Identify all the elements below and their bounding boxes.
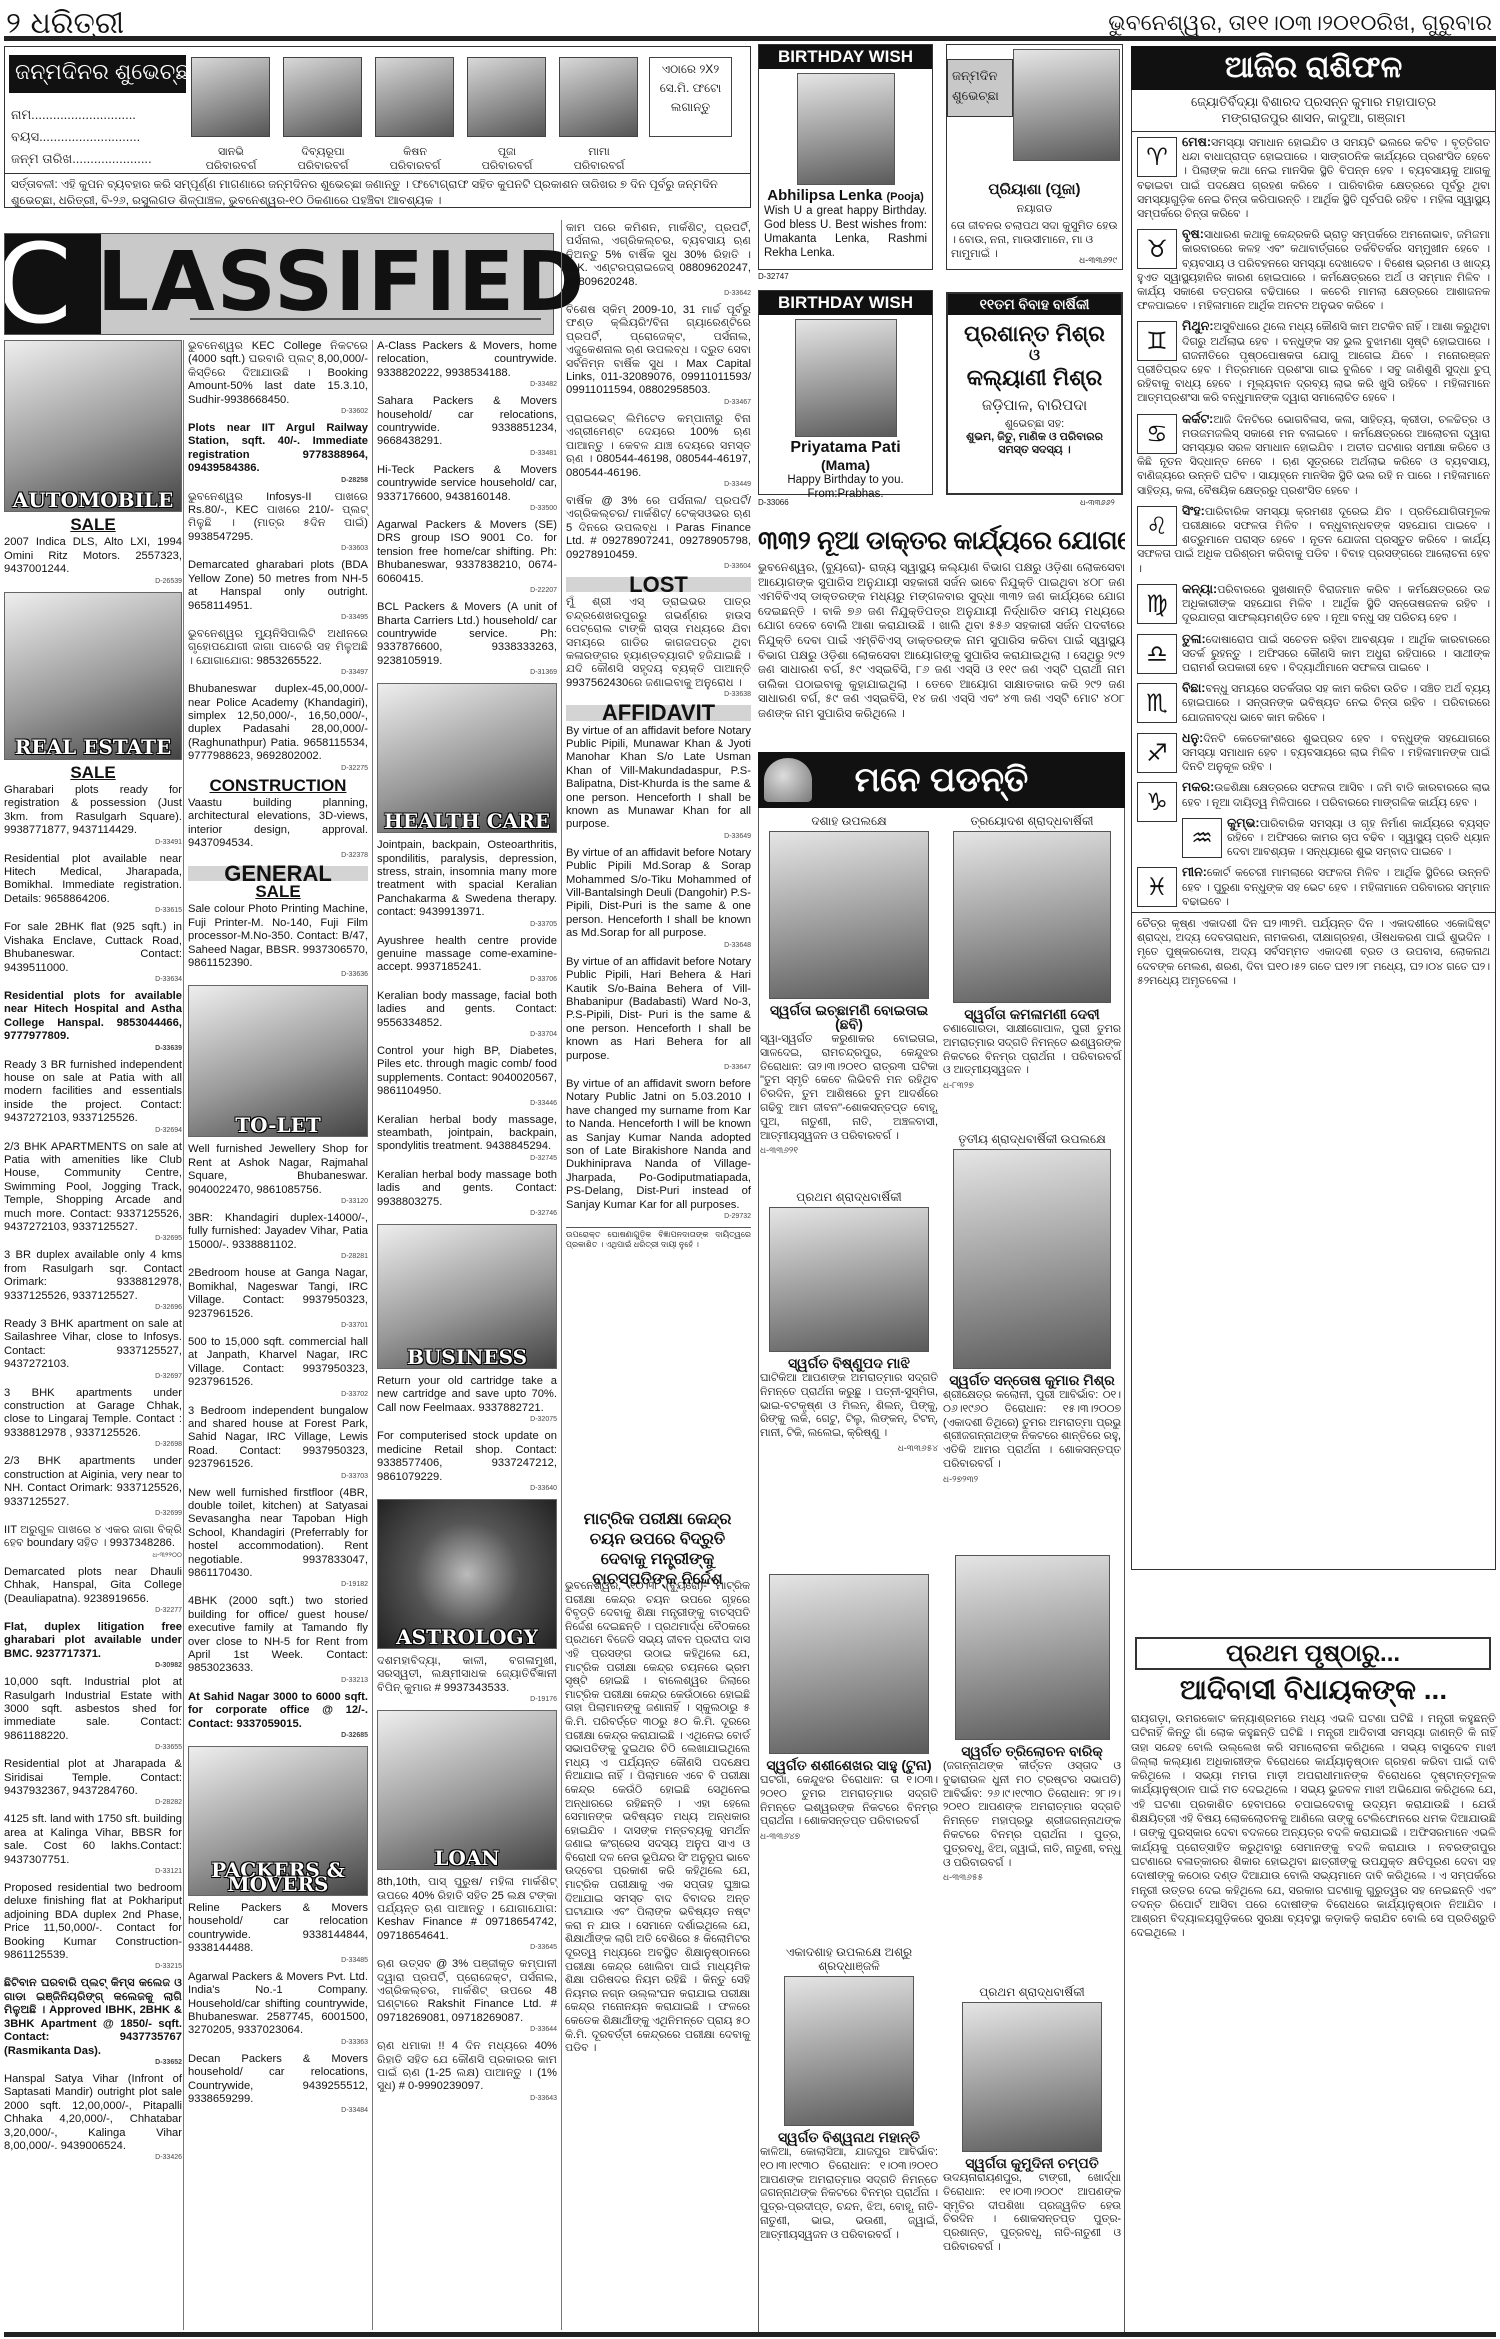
anniversary-place: ଜଡ଼ିପାଳ, ବାରିପଦା — [948, 397, 1121, 414]
property-ads: ଭୁବନେଶ୍ୱର KEC College ନିକଟରେ (4000 sqft.… — [188, 340, 368, 773]
zodiac-sign-icon: ♐ — [1137, 733, 1177, 773]
ad-text: Vaastu building planning, architectural … — [188, 797, 368, 849]
page-bottom-rule — [4, 2332, 1496, 2337]
zodiac-sign-icon: ♏ — [1137, 683, 1177, 723]
affidavit-ads: By virtue of an affidavit before Notary … — [566, 725, 751, 1221]
obituary-name: ସ୍ୱର୍ଗତ ଶଶୀଶେଖର ସାହୁ (ଟୁନା) — [760, 1758, 938, 1772]
child-photo — [559, 57, 638, 137]
ad-text: 4BHK (2000 sqft.) two storied building f… — [188, 1595, 368, 1674]
birthday-photo — [797, 73, 895, 185]
zodiac-sign-icon: ♓ — [1137, 867, 1177, 907]
classified-ad: 3 BHK apartments under construction at G… — [4, 1387, 182, 1450]
ad-text: Demarcated plots near Dhauli Chhak, Hans… — [4, 1566, 182, 1605]
ad-text: Jointpain, backpain, Osteoarthritis, spo… — [377, 839, 557, 918]
ad-text: Flat, duplex litigation free gharabari p… — [4, 1621, 182, 1660]
classified-ad: Demarcated plots near Dhauli Chhak, Hans… — [4, 1566, 182, 1615]
classified-ad: Keralian herbal body massage, steambath,… — [377, 1114, 557, 1163]
ad-text: 2007 Indica DLS, Alto LXI, 1994 Omini Ri… — [4, 536, 182, 575]
column-1: AUTOMOBILE SALE 2007 Indica DLS, Alto LX… — [4, 340, 182, 2168]
masthead-rule — [4, 36, 1496, 41]
to-let-image: TO-LET — [188, 985, 368, 1137]
ad-text: 10,000 sqft. Industrial plot at Rasulgar… — [4, 1676, 182, 1742]
obituary-card: ତୃତୀୟ ଶ୍ରାଦ୍ଧବାର୍ଷିକୀ ଉପଲକ୍ଷେ ସ୍ୱର୍ଗତ ସନ… — [943, 1132, 1121, 1486]
ad-code: D-32697 — [4, 1372, 182, 1381]
janmadina-name: ପ୍ରିୟାଶା (ପୂଜା) — [947, 181, 1122, 198]
business-ads: Return your old cartridge take a new car… — [377, 1375, 557, 1493]
ad-code: D-32746 — [377, 1209, 557, 1218]
classified-ad: Residential plots for available near Hit… — [4, 990, 182, 1053]
ad-text: Residential plots for available near Hit… — [4, 990, 182, 1042]
ad-code: D-33643 — [377, 2094, 557, 2103]
classified-ad: Plots near IIT Argul Railway Station, sq… — [188, 422, 368, 485]
packers-ads: Reline Packers & Movers household/ car r… — [188, 1902, 368, 2115]
ad-code: ଧ-୩୩୬୫୫ — [943, 1870, 1121, 1884]
classified-ad: ଭୁବନେଶ୍ୱର ମ୍ୟୁନିସିପାଲିଟି ଅଧୀନରେ ଗୃହୋପଯୋଗ… — [188, 628, 368, 677]
ad-code: D-33449 — [566, 480, 751, 489]
ad-code: ଧ-୨୭୨୩୨ — [943, 1472, 1121, 1486]
classified-ad: 4125 sft. land with 1750 sft. building a… — [4, 1813, 182, 1876]
ad-code: D-33703 — [188, 1472, 368, 1481]
birthday-wish-card: BIRTHDAY WISH Priyatama Pati (Mama) Happ… — [758, 290, 933, 495]
zodiac-sign-icon: ♉ — [1137, 229, 1177, 269]
loan-ads: 8th,10th, ପାସ୍ ପୁରୁଷ/ ମହିଳା ମାର୍କଶିଟ୍ ଉପ… — [377, 1876, 557, 2103]
ad-text: Agarwal Packers & Movers (SE) DRS group … — [377, 519, 557, 585]
ad-text: ଋଣ ଉତ୍ସବ @ 3% ପଞ୍ଜୀକୃତ କମ୍ପାନୀ ଦ୍ୱାରା ପ୍… — [377, 1958, 557, 2024]
zodiac-entry: ♋କର୍କଟ:ଆଜି ଦିନଟିରେ ଭୋଗବିଳାସ, କଳା, ସାହିତ୍… — [1132, 409, 1495, 501]
caption-name: ଦିବ୍ୟରୂପା — [301, 146, 344, 158]
ad-text: At Sahid Nagar 3000 to 6000 sqft. for co… — [188, 1691, 368, 1730]
section-heading-sale: SALE — [188, 885, 368, 898]
disclaimer-notice: ଉପରୋକ୍ତ ଘୋଷଣାଗୁଡ଼ିକ ବିଜ୍ଞାପନଦାତାଙ୍କ ଦାୟି… — [566, 1227, 751, 1250]
obituary-card: ଦଶାହ ଉପଲକ୍ଷେ ସ୍ୱର୍ଗତା ଇଚ୍ଛାମଣି ବୋଇତାଇ (ଛ… — [760, 814, 938, 1157]
dateline: ଭୁବନେଶ୍ୱର, ତା୧୧।୦୩।୨୦୧୦ରିଖ, ଗୁରୁବାର — [1108, 10, 1492, 36]
zodiac-entry: ♐ଧନୁ:ଦିନଟି କେତେକାଂଶରେ ଶୁଭପ୍ରଦ ହେବ । ବନ୍ଧ… — [1132, 728, 1495, 778]
zodiac-sign-icon: ♋ — [1137, 414, 1177, 454]
classified-ad: ଭୁବନେଶ୍ୱର Infosys-II ପାଖରେ Rs.80/-, KEC … — [188, 491, 368, 554]
ad-text: 2/3 BHK apartments under construction at… — [4, 1455, 182, 1507]
obituary-text: ଘାଟିକିଆ ଆପଣଙ୍କ ଅମରାତ୍ମାର ସଦ୍‌ଗତି ନିମନ୍ତେ… — [760, 1372, 938, 1441]
news-body-matric: ଭୁବନେଶ୍ୱର, ୧୦।୩ (ବ୍ୟୁରୋ)- ମାଟ୍ରିକ ପରୀକ୍ଷ… — [565, 1580, 750, 2056]
classified-ad: Agarwal Packers & Movers Pvt. Ltd. India… — [188, 1971, 368, 2047]
category-label: BUSINESS — [378, 1351, 556, 1364]
zodiac-entry: ♌ସିଂହ:ପାରିବାରିକ ସମସ୍ୟା କ୍ରମଶଃ ଦୂରେଇ ଯିବ … — [1132, 501, 1495, 579]
birthday-message: Happy Birthday to you. From:Prabhas. — [759, 473, 932, 501]
astrology-image: ASTROLOGY — [377, 1499, 557, 1649]
obituary-occasion: ପ୍ରଥମ ଶ୍ରାଦ୍ଧବାର୍ଷିକୀ — [943, 1985, 1121, 1999]
continued-headline: ଆଦିବାସୀ ବିଧାୟକଙ୍କ ... — [1131, 1674, 1496, 1707]
ad-text: Residential plot available near Hitech M… — [4, 853, 182, 905]
ad-code: D-32695 — [4, 1234, 182, 1243]
classified-ad: At Sahid Nagar 3000 to 6000 sqft. for co… — [188, 1691, 368, 1740]
classified-ad: IIT ଅରୁଗୁଳ ପାଖରେ ୪ ଏକର ଜାଗା ବିକ୍ରି ହେବ b… — [4, 1524, 182, 1560]
ad-code: D-19182 — [188, 1580, 368, 1589]
birthday-coupon: ଜନ୍ମଦିନର ଶୁଭେଚ୍ଛା ନାମ...................… — [4, 46, 751, 208]
ad-code: D-33500 — [377, 504, 557, 513]
obituary-text: ଚଣାଗୋରଡା, ସାକ୍ଷୀଗୋପାଳ, ପୁରୀ ତୁମର ଅମରାତ୍ମ… — [943, 1023, 1121, 1078]
zodiac-sign-name: ମିଥୁନ: — [1182, 319, 1213, 333]
classified-ad: ଦଶମହାବିଦ୍ୟା, କାଳୀ, ବଗଳାମୁଖୀ, ସରସ୍ୱତୀ, ଲକ… — [377, 1655, 557, 1704]
section-heading-affidavit: AFFIDAVIT — [566, 705, 751, 720]
banner-text: LASSIFIED — [97, 240, 586, 326]
section-heading-general: GENERAL — [188, 866, 368, 881]
category-label: HEALTH CARE — [378, 815, 556, 828]
classified-ad: Keralian herbal body massage both ladis … — [377, 1169, 557, 1218]
classified-ad: 2Bedroom house at Ganga Nagar, Bomikhal,… — [188, 1267, 368, 1330]
ad-text: 500 to 15,000 sqft. commercial hall at J… — [188, 1336, 368, 1388]
classified-ad: 8th,10th, ପାସ୍ ପୁରୁଷ/ ମହିଳା ମାର୍କଶିଟ୍ ଉପ… — [377, 1876, 557, 1952]
ad-code: D-33636 — [188, 970, 368, 979]
ad-code: D-33701 — [188, 1321, 368, 1330]
zodiac-sign-icon: ♑ — [1137, 782, 1177, 822]
classified-ad: Ready 3 BHK apartment on sale at Sailash… — [4, 1318, 182, 1381]
ad-code: D-33604 — [566, 562, 751, 571]
ad-text: Keralian herbal body massage both ladis … — [377, 1169, 557, 1208]
zodiac-sign-name: ମୀନ: — [1182, 865, 1207, 879]
ad-text: Return your old cartridge take a new car… — [377, 1375, 557, 1414]
birthday-nickname: (Mama) — [759, 457, 932, 473]
ad-code: D-33467 — [566, 398, 751, 407]
continued-body: ରାୟଗଡ଼ା, ଉମରକୋଟ କନ୍ୟାଶ୍ରମରେ ମଧ୍ୟ ଏଭଳି ଘଟ… — [1131, 1712, 1496, 1941]
classified-ad: ଋଣ ଉତ୍ସବ @ 3% ପଞ୍ଜୀକୃତ କମ୍ପାନୀ ଦ୍ୱାରା ପ୍… — [377, 1958, 557, 2034]
ad-code: D-32075 — [377, 1415, 557, 1424]
zodiac-prediction: ଅସୁବିଧାରେ ଥିଲେ ମଧ୍ୟ କୌଣସି କାମ ଅଟକିବ ନାହି… — [1137, 321, 1490, 404]
ad-code: ଧ-୩୨୨୦୦ — [4, 1551, 182, 1560]
zodiac-sign-name: ଧନୁ: — [1182, 731, 1203, 745]
zodiac-entry: ♏ବିଛା:ବନ୍ଧୁ ସମୟରେ ସତର୍କତାର ସହ କାମ କରିବା … — [1132, 678, 1495, 728]
obituary-text: ସ୍ୱା-ସ୍ୱର୍ଗତ କରୁଣାକର ବୋଇତାଇ, ସାଳଦେଇ, ରାମ… — [760, 1033, 938, 1143]
real-estate-ads: Gharabari plots ready for registration &… — [4, 784, 182, 2162]
coupon-terms: ସର୍ତ୍ତାବଳୀ: ଏହି କୁପନ ବ୍ୟବହାର କରି ସମ୍ପୂର୍… — [5, 173, 750, 212]
classified-ad: 10,000 sqft. Industrial plot at Rasulgar… — [4, 1676, 182, 1752]
ad-text: Control your high BP, Diabetes, Piles et… — [377, 1045, 557, 1097]
ad-text: Keralian body massage, facial both ladie… — [377, 990, 557, 1029]
zodiac-sign-name: କର୍କଟ: — [1182, 412, 1213, 426]
ad-code: D-22207 — [377, 586, 557, 595]
ad-code: D-33634 — [4, 975, 182, 984]
ad-text: New well furnished firstfloor (4BR, doub… — [188, 1487, 368, 1579]
ad-text: ଭୁବନେଶ୍ୱର KEC College ନିକଟରେ (4000 sqft.… — [188, 340, 368, 406]
obituary-text: ଉଦୟନାରାୟଣପୁର, ଟାଙ୍ଗୀ, ଖୋର୍ଦ୍ଧା ତିରୋଧାନ: … — [943, 2172, 1121, 2255]
ad-code: D-33213 — [188, 1676, 368, 1685]
ad-code: D-33495 — [188, 613, 368, 622]
ad-code: D-33497 — [188, 668, 368, 677]
ad-text: By virtue of an affidavit sworn before N… — [566, 1078, 751, 1211]
category-label: LOAN — [378, 1852, 556, 1865]
classified-ad: Hi-Teck Packers & Movers countrywide ser… — [377, 464, 557, 513]
astrologer-credit: ଜ୍ୟୋତିର୍ବିଦ୍ୟା ବିଶାରଦ ପ୍ରସନ୍ନ କୁମାର ମହାପ… — [1132, 90, 1495, 132]
ad-text: For computerised stock update on medicin… — [377, 1430, 557, 1482]
ad-text: ଋଣ ଧମାକା !! 4 ଦିନ ମଧ୍ୟରେ 40% ରିହାତି ସହିତ… — [377, 2040, 557, 2092]
classified-ad: Residential plot at Jharapada & Siridisa… — [4, 1758, 182, 1807]
column-3: A-Class Packers & Movers, home relocatio… — [377, 340, 557, 2109]
ad-text: Decan Packers & Movers household/ car re… — [188, 2053, 368, 2105]
memorial-photo — [769, 1207, 929, 1352]
classified-ad: Vaastu building planning, architectural … — [188, 797, 368, 860]
panjika-text: ଚୈତ୍ର କୃଷ୍ଣ ଏକାଦଶୀ ଦିନ ଘ୨।୩୨ମି. ପର୍ଯ୍ୟନ୍… — [1132, 912, 1495, 992]
ad-code: D-32275 — [188, 764, 368, 773]
caption-sub: ପରିବାରବର୍ଗ — [206, 160, 257, 172]
news-headline-doctors: ୩୩୨ ନୂଆ ଡାକ୍ତର କାର୍ଯ୍ୟରେ ଯୋଗଦେଲେ — [758, 525, 1125, 557]
ad-code: D-33705 — [377, 920, 557, 929]
birthday-wish-heading: BIRTHDAY WISH — [759, 291, 932, 315]
classified-ad: Flat, duplex litigation free gharabari p… — [4, 1621, 182, 1670]
construction-ads: Vaastu building planning, architectural … — [188, 797, 368, 860]
classified-ad: Sale colour Photo Printing Machine, Fuji… — [188, 903, 368, 979]
zodiac-entry: ♍କନ୍ୟା:ପରିବାରରେ ସୁଖଶାନ୍ତି ବିରାଜମାନ କରିବ … — [1132, 579, 1495, 629]
ad-text: Residential plot at Jharapada & Siridisa… — [4, 1758, 182, 1797]
zodiac-sign-name: ସିଂହ: — [1182, 504, 1205, 518]
ad-text: ଛିଟିବାନ ଘରବାରି ପ୍ଲଟ୍ କିମ୍ସ କଲେଜ ଓ ଗାଡା ଇ… — [4, 1977, 182, 2056]
zodiac-entry: ♓ମୀନ:କୋର୍ଟ କଚେରୀ ମାମଲାରେ ସଫଳତା ମିଳିବ । ଆ… — [1132, 862, 1495, 912]
ad-code: D-28258 — [188, 476, 368, 485]
ad-text: Gharabari plots ready for registration &… — [4, 784, 182, 836]
ad-code: D-32277 — [4, 1606, 182, 1615]
child-photo — [283, 57, 362, 137]
ad-text: Sahara Packers & Movers household/ car r… — [377, 395, 557, 447]
classified-ad: Gharabari plots ready for registration &… — [4, 784, 182, 847]
birthday-message: Wish U a great happy Birthday. God bless… — [759, 204, 932, 260]
ad-text: Sale colour Photo Printing Machine, Fuji… — [188, 903, 368, 969]
ad-code: D-33702 — [188, 1390, 368, 1399]
ad-text: Ready 3 BR furnished independent house o… — [4, 1059, 182, 1125]
caption-sub: ପରିବାରବର୍ଗ — [298, 160, 349, 172]
banner-initial: C — [5, 234, 101, 334]
photo-caption: କିଷନପରିବାରବର୍ଗ — [370, 145, 460, 173]
ad-code: D-33485 — [188, 1956, 368, 1965]
photo-caption: ଦିବ୍ୟରୂପାପରିବାରବର୍ଗ — [278, 145, 368, 173]
category-label: AUTOMOBILE — [5, 494, 181, 507]
zodiac-sign-icon: ♒ — [1182, 818, 1222, 858]
photo-caption: ପୂଜାପରିବାରବର୍ଗ — [462, 145, 552, 173]
classified-ad: 2007 Indica DLS, Alto LXI, 1994 Omini Ri… — [4, 536, 182, 585]
classified-ad: Residential plot available near Hitech M… — [4, 853, 182, 916]
zodiac-entry: ♈ମେଷ:ସମସ୍ୟା ସମାଧାନ ହୋଇଯିବ ଓ ସମୟଟି ଭଲରେ କ… — [1132, 132, 1495, 224]
name-text: Abhilipsa Lenka — [767, 187, 882, 204]
anniversary-and: ଓ — [948, 347, 1121, 365]
zodiac-prediction: ପାରିବାରିକ ସମସ୍ୟା ଓ ଗୃହ ନିର୍ମାଣ କାର୍ଯ୍ୟରେ… — [1227, 818, 1490, 858]
classified-ad: 4BHK (2000 sqft.) two storied building f… — [188, 1595, 368, 1684]
obituary-occasion: ଦଶାହ ଉପଲକ୍ଷେ — [760, 814, 938, 828]
classified-ad: Return your old cartridge take a new car… — [377, 1375, 557, 1424]
obituary-text: କାଳିଆ, କୋଲାସିଆ, ଯାଜପୁର ଆବିର୍ଭାବ: ୧୦।୩।୧୯… — [760, 2146, 938, 2243]
ad-code: D-33640 — [377, 1484, 557, 1493]
ad-code: D-33363 — [188, 2038, 368, 2047]
ad-code: D-29732 — [566, 1212, 751, 1221]
classified-ad: 3 BR duplex available only 4 kms from Ra… — [4, 1249, 182, 1312]
ad-code: D-33603 — [188, 544, 368, 553]
caption-sub: ପରିବାରବର୍ଗ — [574, 160, 625, 172]
ad-code: D-32685 — [188, 1731, 368, 1740]
zodiac-entry: ♎ତୁଳା:ଦୋଷାରୋପ ପାଇଁ ସଚେତନ ରହିବା ଆବଶ୍ୟକ । … — [1132, 629, 1495, 679]
classified-ad: ଭୁବନେଶ୍ୱର KEC College ନିକଟରେ (4000 sqft.… — [188, 340, 368, 416]
zodiac-entry: ♑ମକର:ଉଚ୍ଚଶିକ୍ଷା କ୍ଷେତ୍ରରେ ସଫଳତା ଆସିବ । ଜ… — [1132, 777, 1495, 812]
ad-code: D-33121 — [4, 1867, 182, 1876]
birthday-wish-card: BIRTHDAY WISH Abhilipsa Lenka (Pooja) Wi… — [758, 44, 933, 270]
classified-ad: Reline Packers & Movers household/ car r… — [188, 1902, 368, 1965]
ad-text: Hi-Teck Packers & Movers countrywide ser… — [377, 464, 557, 503]
ad-text: 2/3 BHK APARTMENTS on sale at Patia with… — [4, 1141, 182, 1233]
finance-ads: କାମ ପରେ କମିଶନ, ମାର୍କଶିଟ୍, ପ୍ରପର୍ଟି, ପର୍ସ… — [566, 222, 751, 571]
birthday-name: Priyatama Pati — [759, 439, 932, 457]
ad-code: D-33120 — [188, 1197, 368, 1206]
classified-ad: New well furnished firstfloor (4BR, doub… — [188, 1487, 368, 1590]
classified-ad: 2/3 BHK apartments under construction at… — [4, 1455, 182, 1518]
classified-ad: Demarcated gharabari plots (BDA Yellow Z… — [188, 559, 368, 622]
zodiac-sign-icon: ♊ — [1137, 321, 1177, 361]
ad-text: Hanspal Satya Vihar (Infront of Saptasat… — [4, 2073, 182, 2152]
horoscope-section: ଜ୍ୟୋତିର୍ବିଦ୍ୟା ବିଶାରଦ ପ୍ରସନ୍ନ କୁମାର ମହାପ… — [1131, 90, 1496, 1570]
column-divider — [372, 340, 373, 2330]
birthday-name: Abhilipsa Lenka (Pooja) — [759, 187, 932, 204]
obituary-card: ଏକାଦଶାହ ଉପଲକ୍ଷେ ଅଶ୍ରୁ ଶ୍ରଦ୍ଧାଞ୍ଜଳି ସ୍ୱର୍… — [760, 1945, 938, 2243]
photo-caption: ସାନଭିପରିବାରବର୍ଗ — [186, 145, 276, 173]
classified-banner: C LASSIFIED — [4, 233, 554, 335]
packers-movers-image: PACKERS & MOVERS — [188, 1746, 368, 1896]
news-headline-matric: ମାଟ୍ରିକ ପରୀକ୍ଷା କେନ୍ଦ୍ର ଚୟନ ଉପରେ ବିଦ୍ରୁତ… — [565, 1510, 750, 1590]
astrology-ads: ଦଶମହାବିଦ୍ୟା, କାଳୀ, ବଗଳାମୁଖୀ, ସରସ୍ୱତୀ, ଲକ… — [377, 1655, 557, 1704]
astrologer-name: ଜ୍ୟୋତିର୍ବିଦ୍ୟା ବିଶାରଦ ପ୍ରସନ୍ନ କୁମାର ମହାପ… — [1132, 94, 1495, 110]
obituary-name: ସ୍ୱର୍ଗତା କୁମୁଦିନୀ ଚମ୍ପତି — [943, 2156, 1121, 2170]
classified-ad: Jointpain, backpain, Osteoarthritis, spo… — [377, 839, 557, 928]
ad-text: Well furnished Jewellery Shop for Rent a… — [188, 1143, 368, 1195]
ad-code: D-26539 — [4, 577, 182, 586]
column-divider — [561, 220, 562, 2330]
birthday-wish-heading: BIRTHDAY WISH — [759, 45, 932, 69]
ad-code: D-33704 — [377, 1030, 557, 1039]
zodiac-sign-icon: ♍ — [1137, 584, 1177, 624]
classified-ad: Sahara Packers & Movers household/ car r… — [377, 395, 557, 458]
caption-sub: ପରିବାରବର୍ଗ — [482, 160, 533, 172]
category-label: ASTROLOGY — [378, 1631, 556, 1644]
zodiac-prediction: ଆଜି ଦିନଟିରେ ଭୋଗବିଳାସ, କଳା, ସାହିତ୍ୟ, କ୍ରୀ… — [1137, 414, 1490, 497]
obituary-occasion: ପ୍ରଥମ ଶ୍ରାଦ୍ଧବାର୍ଷିକୀ — [760, 1190, 938, 1204]
ad-text: ଭୁବନେଶ୍ୱର Infosys-II ପାଖରେ Rs.80/-, KEC … — [188, 491, 368, 543]
section-heading-lost: LOST — [566, 577, 751, 592]
zodiac-prediction: ଦୋଷାରୋପ ପାଇଁ ସଚେତନ ରହିବା ଆବଶ୍ୟକ । ଆର୍ଥିକ… — [1182, 634, 1490, 674]
ad-text: Plots near IIT Argul Railway Station, sq… — [188, 422, 368, 474]
ad-code: D-19176 — [377, 1695, 557, 1704]
obituary-occasion: ତ୍ରୟୋଦଶ ଶ୍ରାଦ୍ଧବାର୍ଷିକୀ — [943, 814, 1121, 828]
news-body-doctors: ଭୁବନେଶ୍ୱର, (ବ୍ୟୁରୋ)- ରାଜ୍ୟ ସ୍ୱାସ୍ଥ୍ୟ କଲ୍… — [758, 561, 1125, 722]
ad-code: D-32694 — [4, 1126, 182, 1135]
classified-ad: Control your high BP, Diabetes, Piles et… — [377, 1045, 557, 1108]
ad-code: D-33639 — [4, 1044, 182, 1053]
zodiac-sign-icon: ♈ — [1137, 137, 1177, 177]
section-heading-construction: CONSTRUCTION — [188, 779, 368, 792]
caption-name: ମାମା — [588, 146, 609, 158]
ad-text: IIT ଅରୁଗୁଳ ପାଖରେ ୪ ଏକର ଜାଗା ବିକ୍ରି ହେବ b… — [4, 1524, 182, 1549]
ad-code: D-32696 — [4, 1303, 182, 1312]
ad-text: 3 BHK apartments under construction at G… — [4, 1387, 182, 1439]
caption-name: ସାନଭି — [218, 146, 244, 158]
zodiac-prediction: ବନ୍ଧୁ ସମୟରେ ସତର୍କତାର ସହ କାମ କରିବା ଉଚିତ ।… — [1182, 683, 1490, 723]
photo-caption: ମାମାପରିବାରବର୍ଗ — [554, 145, 644, 173]
anniversary-name-1: ପ୍ରଶାନ୍ତ ମିଶ୍ର — [948, 321, 1121, 347]
obituary-text: ଘଟଗାଁ, କେନ୍ଦୁଝର ତିରୋଧାନ: ତା ୧।୦୩।୨୦୧୦ ତୁ… — [760, 1774, 938, 1829]
obituary-name: ସ୍ୱର୍ଗତ ବିଷ୍ଣୁପଦ ମାଝି — [760, 1356, 938, 1370]
classified-ad: By virtue of an affidavit sworn before N… — [566, 1078, 751, 1221]
anniversary-wishes-label: ଶୁଭେଚ୍ଛା ସହ: — [948, 418, 1121, 431]
ad-text: For sale 2BHK flat (925 sqft.) in Vishak… — [4, 921, 182, 973]
classified-ad: 500 to 15,000 sqft. commercial hall at J… — [188, 1336, 368, 1399]
coupon-title: ଜନ୍ମଦିନର ଶୁଭେଚ୍ଛା — [9, 55, 186, 93]
business-image: BUSINESS — [377, 1224, 557, 1369]
classified-ad: Hanspal Satya Vihar (Infront of Saptasat… — [4, 2073, 182, 2162]
ad-text: Agarwal Packers & Movers Pvt. Ltd. India… — [188, 1971, 368, 2037]
horoscope-banner: ଆଜିର ରାଶିଫଳ — [1131, 46, 1496, 90]
ad-code: D-33644 — [377, 2025, 557, 2034]
classified-ad: ଋଣ ଧମାକା !! 4 ଦିନ ମଧ୍ୟରେ 40% ରିହାତି ସହିତ… — [377, 2040, 557, 2103]
ad-text: 3BR: Khandagiri duplex-14000/-, fully fu… — [188, 1212, 368, 1251]
ad-code: D-33655 — [4, 1743, 182, 1752]
ad-text: Keralian herbal body massage, steambath,… — [377, 1114, 557, 1153]
ad-text: ବାର୍ଷିକ @ 3% ରେ ପର୍ସନାଲ/ ପ୍ରପର୍ଟି/ ଏଗ୍ରି… — [566, 495, 751, 561]
classified-ad: 2/3 BHK APARTMENTS on sale at Patia with… — [4, 1141, 182, 1244]
zodiac-sign-name: ତୁଳା: — [1182, 632, 1206, 646]
ad-code: ଧ-୩୩୬୨୧ — [760, 1143, 938, 1157]
classified-ad: Decan Packers & Movers household/ car re… — [188, 2053, 368, 2116]
anniversary-card: ୧୧ତମ ବିବାହ ବାର୍ଷିକୀ ପ୍ରଶାନ୍ତ ମିଶ୍ର ଓ କଲ୍… — [946, 292, 1123, 495]
anniversary-heading: ୧୧ତମ ବିବାହ ବାର୍ଷିକୀ — [948, 294, 1121, 315]
obituary-name: ସ୍ୱର୍ଗତା ଇଚ୍ଛାମଣି ବୋଇତାଇ (ଛବି) — [760, 1003, 938, 1031]
classified-ad: BCL Packers & Movers (A unit of Bharta C… — [377, 601, 557, 677]
classified-ad: By virtue of an affidavit before Notary … — [566, 847, 751, 950]
obituary-occasion: ତୃତୀୟ ଶ୍ରାଦ୍ଧବାର୍ଷିକୀ ଉପଲକ୍ଷେ — [943, 1132, 1121, 1146]
classified-ad: Ayushree health centre provide genuine m… — [377, 935, 557, 984]
obituary-text: (ଜଗନ୍ନାଥଙ୍କ କୀର୍ତ୍ତନ ଓସ୍ତାଦ ଓ ବୁଢାରାଉଳ ଧ… — [943, 1760, 1121, 1870]
classified-ad: Keralian body massage, facial both ladie… — [377, 990, 557, 1039]
to-let-ads: Well furnished Jewellery Shop for Rent a… — [188, 1143, 368, 1740]
obituary-banner: ମନେ ପଡନ୍ତି — [758, 752, 1125, 808]
anniversary-wishers: ଶୁଭମ, ଜିତୁ, ମାଣିକ ଓ ପରିବାରର ସମସ୍ତ ସଦସ୍ୟ … — [948, 431, 1121, 457]
child-photo — [467, 57, 546, 137]
column-divider — [183, 340, 184, 2330]
classified-ad: Proposed residential two bedroom deluxe … — [4, 1882, 182, 1971]
classified-ad: A-Class Packers & Movers, home relocatio… — [377, 340, 557, 389]
ad-code: D-33647 — [566, 1063, 751, 1072]
ad-code: ଧ-୩୩୬୬୨ — [1080, 498, 1115, 508]
ad-text: 8th,10th, ପାସ୍ ପୁରୁଷ/ ମହିଳା ମାର୍କଶିଟ୍ ଉପ… — [377, 1876, 557, 1942]
zodiac-sign-name: କନ୍ୟା: — [1182, 582, 1217, 596]
memorial-photo — [769, 831, 929, 999]
ad-text: Reline Packers & Movers household/ car r… — [188, 1902, 368, 1954]
janmadina-card: ଜନ୍ମଦିନ ଶୁଭେଚ୍ଛା ପ୍ରିୟାଶା (ପୂଜା) ନୟାଗଡ ତ… — [946, 44, 1123, 270]
caption-name: ପୂଜା — [498, 146, 516, 158]
lost-ads: ମୁଁ ଶ୍ରୀ ଏସ୍ ଡ୍ରାଇଭର ପାତ୍ର ଚନ୍ଦ୍ରଶେଖରପୁର… — [566, 596, 751, 699]
ad-text: କାମ ପରେ କମିଶନ, ମାର୍କଶିଟ୍, ପ୍ରପର୍ଟି, ପର୍ସ… — [566, 222, 751, 288]
obituary-name: ସ୍ୱର୍ଗତ ସନ୍ତୋଷ କୁମାର ମିଶ୍ର — [943, 1373, 1121, 1387]
banner-text: ମନେ ପଡନ୍ତି — [855, 761, 1029, 799]
ad-text: Ayushree health centre provide genuine m… — [377, 935, 557, 974]
coupon-name-field: ନାମ............................. — [11, 107, 136, 123]
zodiac-entry: ♒କୁମ୍ଭ:ପାରିବାରିକ ସମସ୍ୟା ଓ ଗୃହ ନିର୍ମାଣ କା… — [1132, 813, 1495, 863]
classified-ad: Bhubaneswar duplex-45,00,000/- near Poli… — [188, 683, 368, 772]
zodiac-sign-name: ବିଛା: — [1182, 681, 1205, 695]
zodiac-sign-name: କୁମ୍ଭ: — [1227, 816, 1260, 830]
obituary-text: ଶ୍ରୀକ୍ଷେତ୍ର କଲୋନୀ, ପୁରୀ ଆବିର୍ଭାବ: ୦୧।୦୬।… — [943, 1389, 1121, 1472]
classified-ad: ବାର୍ଷିକ @ 3% ରେ ପର୍ସନାଲ/ ପ୍ରପର୍ଟି/ ଏଗ୍ରି… — [566, 495, 751, 571]
obituary-card: ପ୍ରଥମ ଶ୍ରାଦ୍ଧବାର୍ଷିକୀ ସ୍ୱର୍ଗତା କୁମୁଦିନୀ … — [943, 1985, 1121, 2255]
ad-text: ଭୁବନେଶ୍ୱର ମ୍ୟୁନିସିପାଲିଟି ଅଧୀନରେ ଗୃହୋପଯୋଗ… — [188, 628, 368, 667]
birthday-photo — [795, 319, 897, 437]
ad-code: D-33215 — [4, 1962, 182, 1971]
column-2: ଭୁବନେଶ୍ୱର KEC College ନିକଟରେ (4000 sqft.… — [188, 340, 368, 2121]
ad-text: By virtue of an affidavit before Notary … — [566, 847, 751, 939]
child-photo — [375, 57, 454, 137]
ad-text: BCL Packers & Movers (A unit of Bharta C… — [377, 601, 557, 667]
memorial-photo — [962, 2002, 1102, 2152]
ad-text: ବିଶେଷ ସ୍କିମ୍ 2009-10, 31 ମାର୍ଚ୍ଚ ପୂର୍ବରୁ… — [566, 304, 751, 396]
